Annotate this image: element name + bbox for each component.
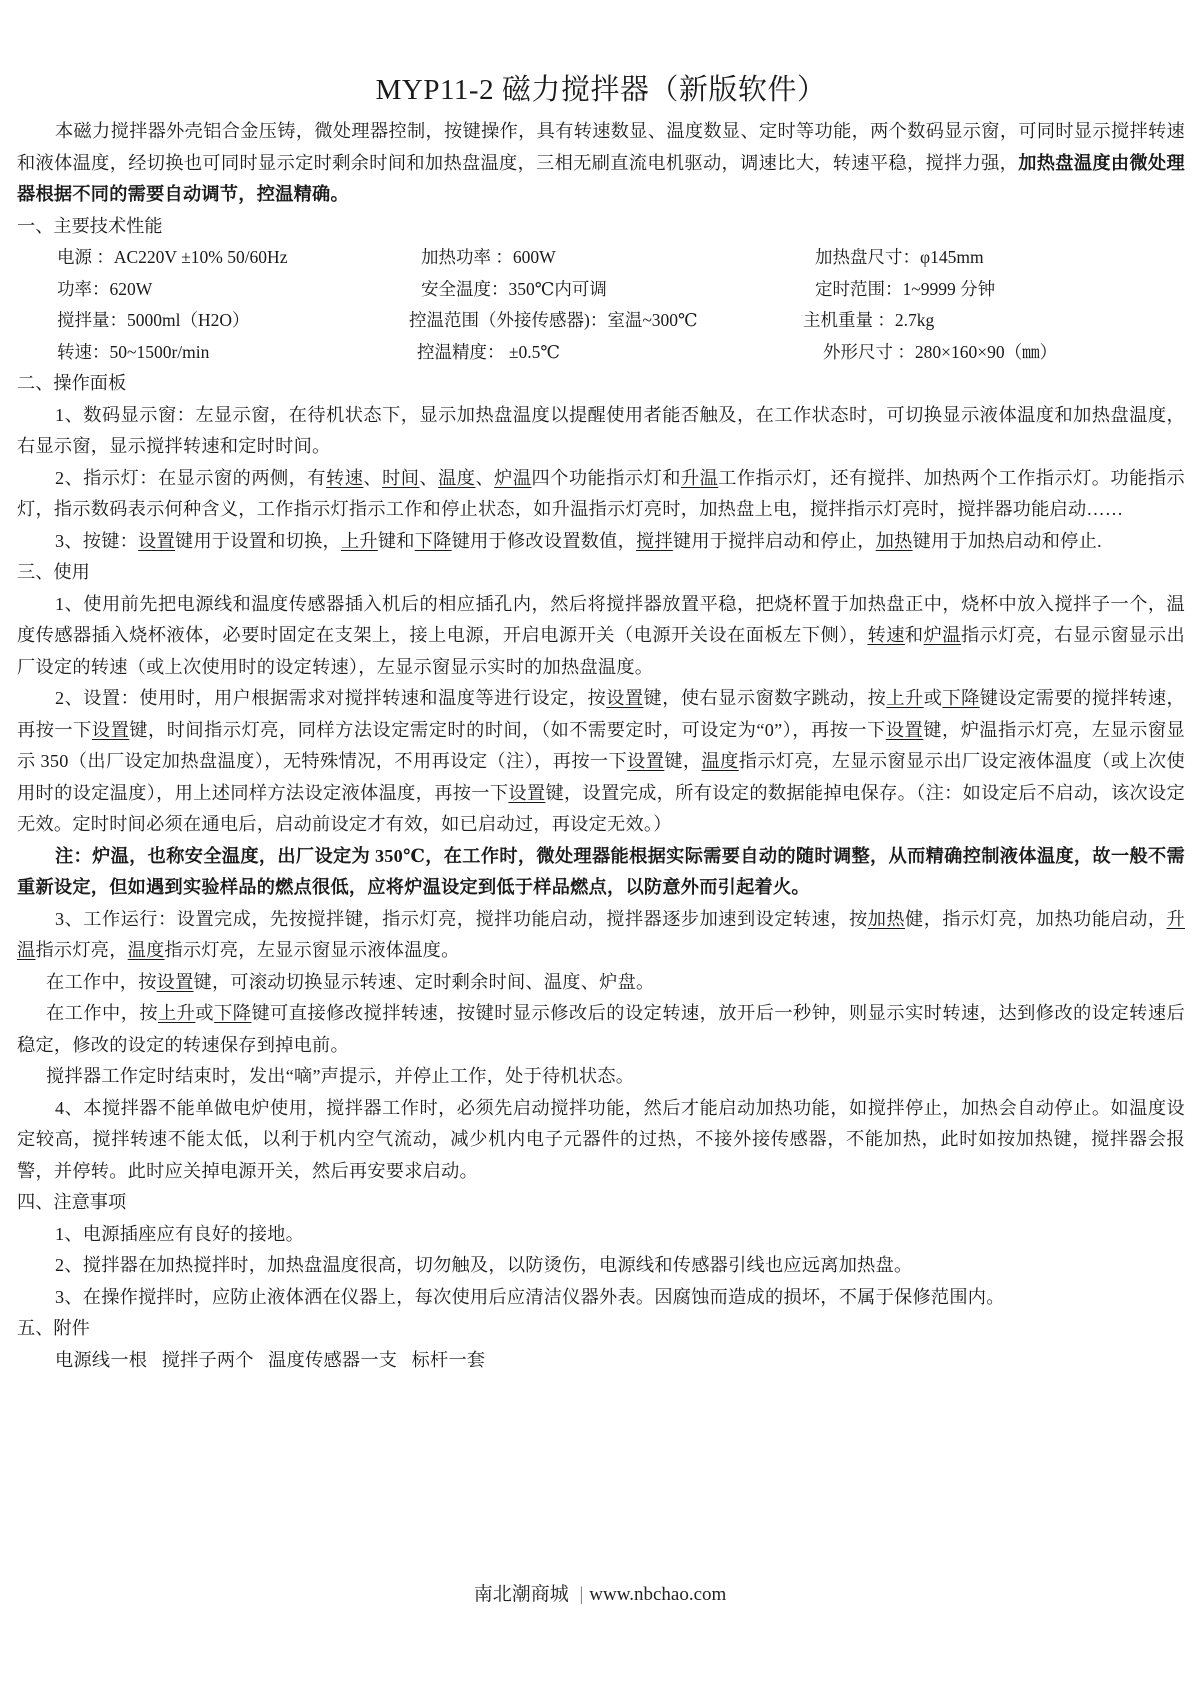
text-segment: 或 xyxy=(195,1003,214,1023)
underlined-term: 温度 xyxy=(702,751,739,771)
paragraph-operation: 3、工作运行：设置完成，先按搅拌键，指示灯亮，搅拌功能启动，搅拌器逐步加速到设定… xyxy=(17,904,1185,967)
underlined-term: 转速 xyxy=(326,468,363,488)
underlined-term: 炉温 xyxy=(494,468,531,488)
spec-table: 电源 ：AC220V ±10% 50/60Hz加热功率 ：600W加热盘尺寸：φ… xyxy=(17,242,1185,368)
underlined-term: 升温 xyxy=(681,468,718,488)
page-footer: 南北潮商城 |www.nbchao.com xyxy=(0,1583,1200,1607)
text-segment: 键用于设置和切换， xyxy=(175,531,341,551)
footer-separator: | xyxy=(579,1584,583,1605)
section-accessories: 五、附件 电源线一根 搅拌子两个 温度传感器一支 标杆一套 xyxy=(17,1313,1185,1376)
spec-value: 加热功率 ：600W xyxy=(421,242,556,274)
paragraph-timer-end: 搅拌器工作定时结束时，发出“嘀”声提示，并停止工作，处于待机状态。 xyxy=(17,1061,1185,1093)
spec-value: 加热盘尺寸：φ145mm xyxy=(815,242,984,274)
underlined-term: 设置 xyxy=(138,531,175,551)
underlined-term: 下降 xyxy=(942,688,979,708)
spec-value: 转速：50~1500r/min xyxy=(57,337,209,369)
underlined-term: 设置 xyxy=(606,688,643,708)
footer-url[interactable]: www.nbchao.com xyxy=(589,1584,726,1605)
underlined-term: 温度 xyxy=(128,940,165,960)
text-segment: 3、按键： xyxy=(55,531,138,551)
document-page: MYP11-2 磁力搅拌器（新版软件） 本磁力搅拌器外壳铝合金压铸，微处理器控制… xyxy=(17,70,1185,1376)
document-title: MYP11-2 磁力搅拌器（新版软件） xyxy=(17,70,1185,110)
paragraph-keys: 3、按键：设置键用于设置和切换，上升键和下降键用于修改设置数值，搅拌键用于搅拌启… xyxy=(17,526,1185,558)
underlined-term: 时间 xyxy=(382,468,419,488)
paragraph-indicator-lights: 2、指示灯：在显示窗的两侧，有转速、时间、温度、炉温四个功能指示灯和升温工作指示… xyxy=(17,463,1185,526)
text-segment: 指示灯亮， xyxy=(35,940,127,960)
text-segment: 键，可滚动切换显示转速、定时剩余时间、温度、炉盘。 xyxy=(194,972,655,992)
text-segment: 键， xyxy=(664,751,701,771)
text-segment: 搅拌器工作定时结束时，发出“嘀”声提示，并停止工作，处于待机状态。 xyxy=(46,1066,634,1086)
spec-value: 主机重量 ：2.7kg xyxy=(803,305,934,337)
text-segment: 键，使右显示窗数字跳动，按 xyxy=(644,688,887,708)
underlined-term: 下降 xyxy=(214,1003,251,1023)
text-segment: 健，指示灯亮，加热功能启动， xyxy=(905,909,1166,929)
text-segment: 3、工作运行：设置完成，先按搅拌键，指示灯亮，搅拌功能启动，搅拌器逐步加速到设定… xyxy=(55,909,868,929)
section-heading: 一、主要技术性能 xyxy=(17,211,1185,243)
section-heading: 二、操作面板 xyxy=(17,368,1185,400)
text-segment: 键用于修改设置数值， xyxy=(452,531,636,551)
precaution-item: 1、电源插座应有良好的接地。 xyxy=(17,1219,1185,1251)
spec-row: 功率：620W安全温度：350℃内可调定时范围：1~9999 分钟 xyxy=(17,274,1185,306)
spec-value: 搅拌量：5000ml（H2O） xyxy=(57,305,250,337)
spec-row: 电源 ：AC220V ±10% 50/60Hz加热功率 ：600W加热盘尺寸：φ… xyxy=(17,242,1185,274)
paragraph-settings: 2、设置：使用时，用户根据需求对搅拌转速和温度等进行设定，按设置键，使右显示窗数… xyxy=(17,683,1185,841)
precaution-item: 2、搅拌器在加热搅拌时，加热盘温度很高，切勿触及，以防烫伤，电源线和传感器引线也… xyxy=(17,1250,1185,1282)
underlined-term: 加热 xyxy=(876,531,913,551)
text-segment: 在工作中，按 xyxy=(46,1003,158,1023)
spec-value: 电源 ：AC220V ±10% 50/60Hz xyxy=(57,242,287,274)
section-heading: 三、使用 xyxy=(17,557,1185,589)
intro-paragraph: 本磁力搅拌器外壳铝合金压铸，微处理器控制，按键操作，具有转速数显、温度数显、定时… xyxy=(17,116,1185,211)
text-segment: 、 xyxy=(419,468,438,488)
underlined-term: 转速 xyxy=(868,625,905,645)
underlined-term: 设置 xyxy=(886,720,923,740)
section-specs: 一、主要技术性能 电源 ：AC220V ±10% 50/60Hz加热功率 ：60… xyxy=(17,211,1185,369)
underlined-term: 上升 xyxy=(886,688,923,708)
spec-value: 外形尺寸 ：280×160×90（㎜） xyxy=(823,337,1057,369)
spec-value: 定时范围：1~9999 分钟 xyxy=(815,274,995,306)
section-operation-panel: 二、操作面板 1、数码显示窗：左显示窗，在待机状态下，显示加热盘温度以提醒使用者… xyxy=(17,368,1185,557)
paragraph-display-window: 1、数码显示窗：左显示窗，在待机状态下，显示加热盘温度以提醒使用者能否触及，在工… xyxy=(17,400,1185,463)
footer-site-name: 南北潮商城 xyxy=(474,1584,569,1605)
text-segment: 键用于搅拌启动和停止， xyxy=(673,531,876,551)
underlined-term: 上升 xyxy=(341,531,378,551)
underlined-term: 搅拌 xyxy=(636,531,673,551)
section-heading: 五、附件 xyxy=(17,1313,1185,1345)
spec-row: 搅拌量：5000ml（H2O）控温范围（外接传感器)：室温~300℃主机重量 ：… xyxy=(17,305,1185,337)
paragraph-note-furnace-temp: 注：炉温，也称安全温度，出厂设定为 350℃，在工作时，微处理器能根据实际需要自… xyxy=(17,841,1185,904)
underlined-term: 设置 xyxy=(92,720,129,740)
text-segment: 、 xyxy=(363,468,382,488)
underlined-term: 上升 xyxy=(158,1003,195,1023)
accessories-list: 电源线一根 搅拌子两个 温度传感器一支 标杆一套 xyxy=(17,1345,1185,1377)
text-segment: 键，时间指示灯亮，同样方法设定需定时的时间，（如不需要定时，可设定为“0”），再… xyxy=(129,720,886,740)
text-segment: 指示灯亮，左显示窗显示液体温度。 xyxy=(165,940,460,960)
section-usage: 三、使用 1、使用前先把电源线和温度传感器插入机后的相应插孔内，然后将搅拌器放置… xyxy=(17,557,1185,1187)
paragraph-modify-speed: 在工作中，按上升或下降键可直接修改搅拌转速，按键时显示修改后的设定转速，放开后一… xyxy=(17,998,1185,1061)
text-segment: 4、本搅拌器不能单做电炉使用，搅拌器工作时，必须先启动搅拌功能，然后才能启动加热… xyxy=(17,1098,1185,1181)
underlined-term: 炉温 xyxy=(924,625,961,645)
spec-value: 控温精度： ±0.5℃ xyxy=(417,337,560,369)
section-precautions: 四、注意事项 1、电源插座应有良好的接地。 2、搅拌器在加热搅拌时，加热盘温度很… xyxy=(17,1187,1185,1313)
text-segment: 键用于加热启动和停止. xyxy=(913,531,1102,551)
underlined-term: 下降 xyxy=(415,531,452,551)
spec-value: 安全温度：350℃内可调 xyxy=(421,274,607,306)
spec-value: 功率：620W xyxy=(57,274,152,306)
section-heading: 四、注意事项 xyxy=(17,1187,1185,1219)
underlined-term: 设置 xyxy=(157,972,194,992)
spec-row: 转速：50~1500r/min控温精度： ±0.5℃外形尺寸 ：280×160×… xyxy=(17,337,1185,369)
text-segment: 四个功能指示灯和 xyxy=(532,468,681,488)
text-segment: 本磁力搅拌器外壳铝合金压铸，微处理器控制，按键操作，具有转速数显、温度数显、定时… xyxy=(17,121,1185,173)
text-segment: 键和 xyxy=(378,531,415,551)
bold-text: 注：炉温，也称安全温度，出厂设定为 350℃，在工作时，微处理器能根据实际需要自… xyxy=(17,846,1185,898)
spec-value: 控温范围（外接传感器)：室温~300℃ xyxy=(409,305,698,337)
underlined-term: 设置 xyxy=(508,783,545,803)
underlined-term: 加热 xyxy=(868,909,905,929)
underlined-term: 设置 xyxy=(627,751,664,771)
text-segment: 或 xyxy=(924,688,943,708)
text-segment: 2、指示灯：在显示窗的两侧，有 xyxy=(55,468,326,488)
text-segment: 1、数码显示窗：左显示窗，在待机状态下，显示加热盘温度以提醒使用者能否触及，在工… xyxy=(17,405,1185,457)
text-segment: 在工作中，按 xyxy=(46,972,157,992)
paragraph-switch-display: 在工作中，按设置键，可滚动切换显示转速、定时剩余时间、温度、炉盘。 xyxy=(17,967,1185,999)
text-segment: 和 xyxy=(905,625,924,645)
paragraph-preparation: 1、使用前先把电源线和温度传感器插入机后的相应插孔内，然后将搅拌器放置平稳，把烧… xyxy=(17,589,1185,684)
text-segment: 、 xyxy=(475,468,494,488)
text-segment: 2、设置：使用时，用户根据需求对搅拌转速和温度等进行设定，按 xyxy=(55,688,606,708)
paragraph-heating-restriction: 4、本搅拌器不能单做电炉使用，搅拌器工作时，必须先启动搅拌功能，然后才能启动加热… xyxy=(17,1093,1185,1188)
precaution-item: 3、在操作搅拌时，应防止液体洒在仪器上，每次使用后应清洁仪器外表。因腐蚀而造成的… xyxy=(17,1282,1185,1314)
underlined-term: 温度 xyxy=(438,468,475,488)
